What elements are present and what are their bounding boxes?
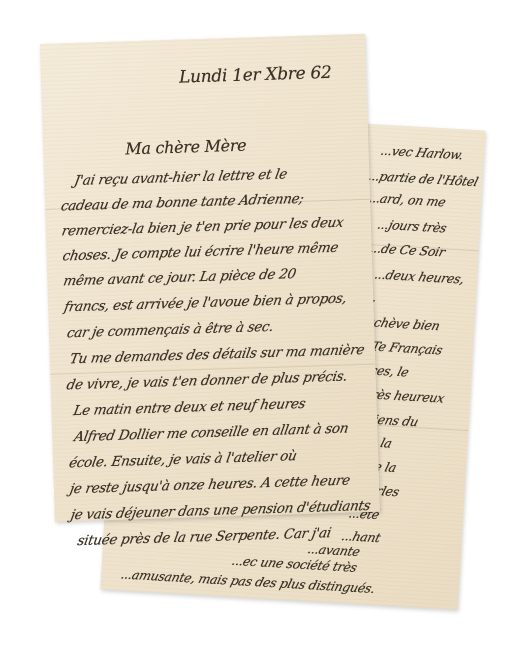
handwritten-line: cadeau de ma bonne tante Adrienne; (60, 191, 305, 215)
handwritten-line: choses. Je compte lui écrire l'heure mêm… (61, 240, 339, 265)
handwritten-line: ...jours très (376, 217, 449, 236)
handwritten-line: école. Ensuite, je vais à l'atelier où (68, 448, 298, 471)
handwritten-line: ...de Ce Soir (368, 240, 446, 259)
handwritten-line: ...deux heures, (373, 267, 466, 287)
handwritten-line: Alfred Dollier me conseille en allant à … (73, 420, 350, 445)
handwritten-line: Le matin entre deux et neuf heures (72, 396, 307, 419)
handwritten-line: car je commençais à être à sec. (66, 319, 275, 342)
handwritten-line: même avant ce jour. La pièce de 20 (62, 266, 297, 289)
handwritten-line: J'ai reçu avant-hier la lettre et le (73, 166, 288, 189)
handwritten-line: ...partie de l'Hôtel (367, 168, 480, 189)
handwritten-line: ...avante (306, 541, 362, 559)
handwritten-line: ...ard, on me (367, 190, 447, 209)
handwritten-line: francs, est arrivée je l'avoue bien à pr… (63, 290, 348, 315)
handwritten-line: remerciez-la bien je t'en prie pour les … (60, 215, 344, 240)
letter-date: Lundi 1er Xbre 62 (179, 63, 332, 88)
handwritten-line: je reste jusqu'à onze heures. A cette he… (69, 472, 352, 497)
handwritten-line: ...vec Harlow. (379, 143, 465, 163)
letter-page-front: Lundi 1er Xbre 62 Ma chère Mère J'ai reç… (40, 34, 380, 522)
letter-salutation: Ma chère Mère (125, 136, 247, 159)
handwritten-line: Tu me demandes des détails sur ma manièr… (68, 342, 365, 367)
